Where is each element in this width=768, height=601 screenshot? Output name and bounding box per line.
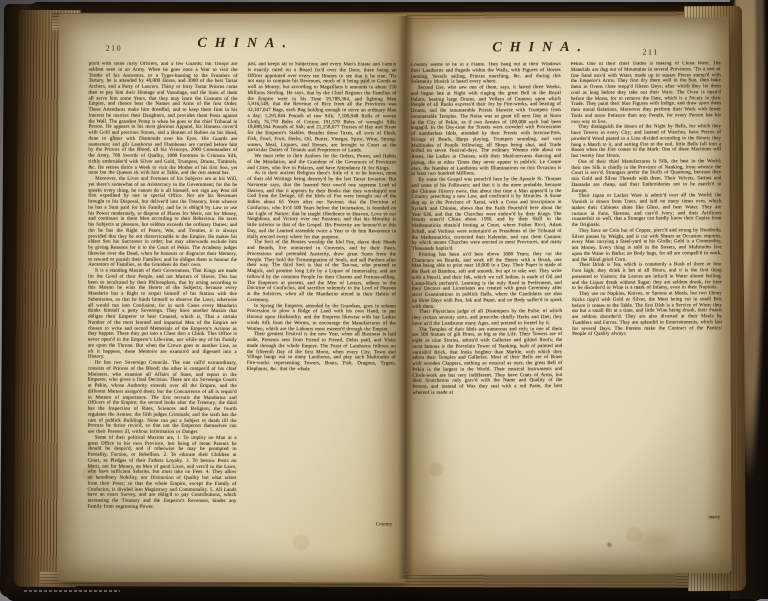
running-head-left: CHINA. <box>59 36 407 53</box>
right-page-column-2: Pekin. One of their chief Trades is maki… <box>571 61 723 514</box>
paragraph: They use no Napkins, Knives, or Spoons a… <box>572 291 722 338</box>
paragraph: They have no Coin but of Copper, pierc'd… <box>572 228 722 263</box>
paragraph: He has two Sovereign Councils. The one c… <box>88 361 237 436</box>
right-page: 211 CHINA. Country seems to be in a Flam… <box>405 17 732 575</box>
paragraph: Second Use, who saw one of them, says, i… <box>411 85 561 178</box>
paragraph: Country seems to be in a Flame. They han… <box>411 62 561 86</box>
paragraph: It is a standing Maxim of their Governme… <box>88 269 237 361</box>
right-page-column-1: Country seems to be in a Flame. They han… <box>411 62 563 515</box>
column-text: just, and keeps all in Subjection; and e… <box>246 62 396 520</box>
paragraph: just, and keeps all in Subjection; and e… <box>247 62 396 154</box>
column-text: Country seems to be in a Flame. They han… <box>411 62 563 515</box>
water-stain <box>631 525 683 555</box>
paragraph: Their Japan or Lacker Ware is admir'd ov… <box>571 193 721 228</box>
paragraph: The Sect of the Bonzes worship the Idol … <box>247 240 396 304</box>
book-scan: 210 CHINA. pos'd with some rusty Officer… <box>0 0 768 601</box>
running-head-right: CHINA. <box>405 39 703 57</box>
paragraph: Their Drink is Tea, which is commonly a … <box>572 262 722 292</box>
paragraph: One of their chief Manufactures is Silk,… <box>571 159 721 194</box>
paragraph: Their Physicians judge of all Distempers… <box>412 309 562 327</box>
paragraph: Pekin. One of their chief Trades is maki… <box>571 61 721 125</box>
left-page-column-2: just, and keeps all in Subjection; and e… <box>246 62 396 520</box>
paragraph: We must refer to their Authors for the O… <box>247 154 396 172</box>
left-page-column-1: pos'd with some rusty Officers, and a fe… <box>87 62 237 520</box>
paragraph: Moreover, the Lives and Fortunes of his … <box>88 177 237 269</box>
paragraph: Some of their political Maxims are, 1. T… <box>87 435 236 510</box>
paragraph: By some the Gospel was preach'd here by … <box>411 177 561 253</box>
paragraph: The Temples of their Idols are numerous … <box>412 327 562 397</box>
paragraph: Printing has been us'd here above 1600 Y… <box>412 252 562 310</box>
paragraph: In Spring the Emperor, attended by the G… <box>247 304 396 333</box>
column-text: Pekin. One of their chief Trades is maki… <box>571 61 723 514</box>
paragraph: As to their ancient Religion there's lit… <box>247 171 396 240</box>
scanner-watermark <box>24 590 120 592</box>
ink-stain <box>605 542 613 548</box>
paragraph: They distinguish the Hours of the Night … <box>571 124 721 159</box>
paragraph: pos'd with some rusty Officers, and a fe… <box>88 62 237 177</box>
catchword-left: Country <box>376 522 392 527</box>
catchword-right: marry <box>708 515 720 520</box>
book-gutter-fold <box>398 16 414 579</box>
right-page-text-block: Country seems to be in a Flame. They han… <box>411 61 723 515</box>
paragraph: Their greatest Festival is the new Year,… <box>247 332 396 373</box>
left-page: 210 CHINA. pos'd with some rusty Officer… <box>57 14 406 583</box>
left-page-text-block: pos'd with some rusty Officers, and a fe… <box>87 62 396 521</box>
column-text: pos'd with some rusty Officers, and a fe… <box>87 62 237 520</box>
